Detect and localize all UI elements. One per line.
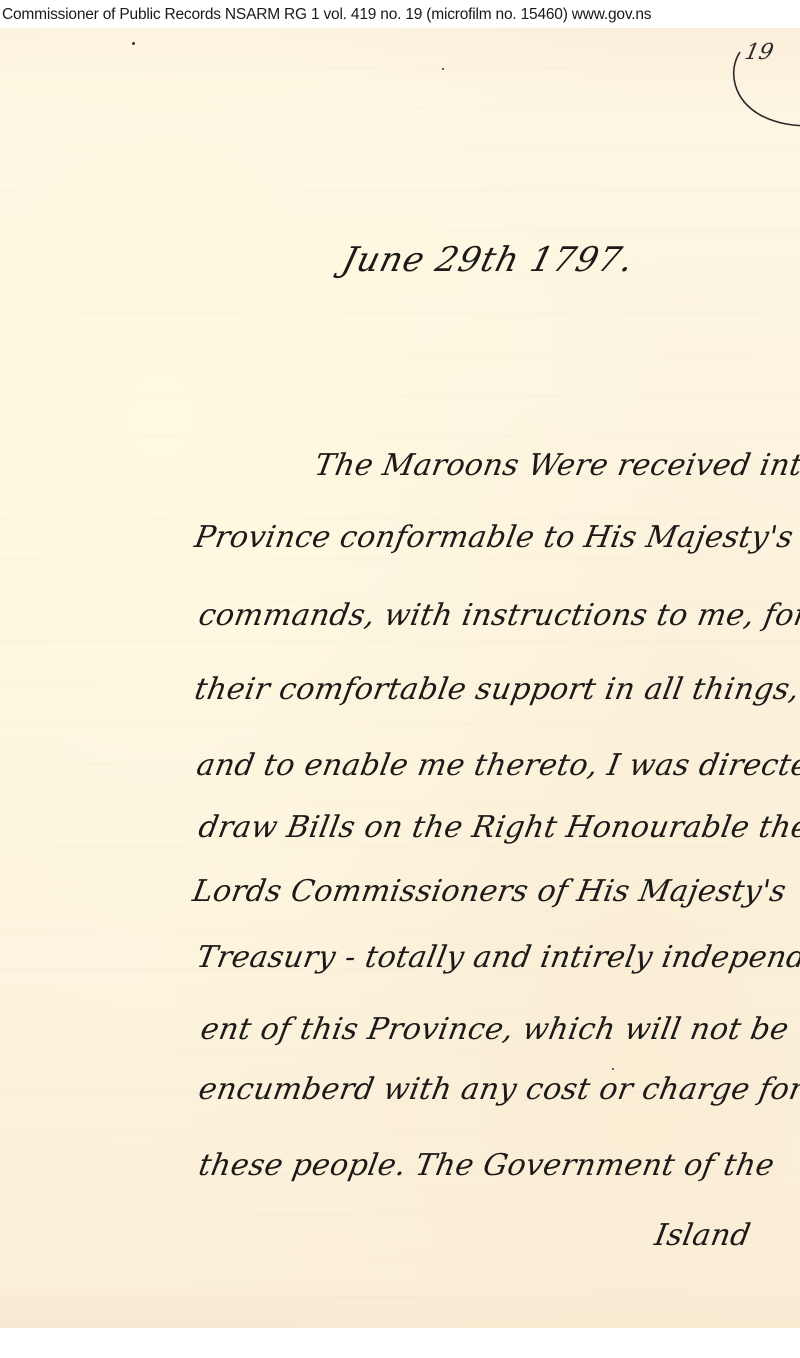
citation-header: Commissioner of Public Records NSARM RG … (0, 0, 800, 28)
catchword: Island (652, 1218, 753, 1253)
letter-line: draw Bills on the Right Honourable the (196, 810, 800, 845)
letter-line: and to enable me thereto, I was directed… (194, 748, 800, 783)
paper-speck (442, 68, 444, 70)
letter-line: encumberd with any cost or charge for (196, 1072, 800, 1107)
letter-line: commands, with instructions to me, for (196, 598, 800, 633)
letter-line: Province conformable to His Majesty's (192, 520, 796, 555)
paper-speck (132, 42, 135, 45)
letter-line: Treasury - totally and intirely independ… (194, 940, 800, 975)
citation-text: Commissioner of Public Records NSARM RG … (2, 6, 651, 24)
letter-line: ent of this Province, which will not be (198, 1012, 791, 1047)
letter-line: these people. The Government of the (196, 1148, 777, 1183)
folio-number: 19 (742, 40, 775, 65)
letter-line: their comfortable support in all things, (192, 672, 800, 707)
paper-speck (612, 1068, 614, 1070)
letter-line: Lords Commissioners of His Majesty's (190, 874, 789, 909)
letter-line: The Maroons Were received into this (312, 448, 800, 483)
letter-date: June 29th 1797. (338, 240, 638, 280)
